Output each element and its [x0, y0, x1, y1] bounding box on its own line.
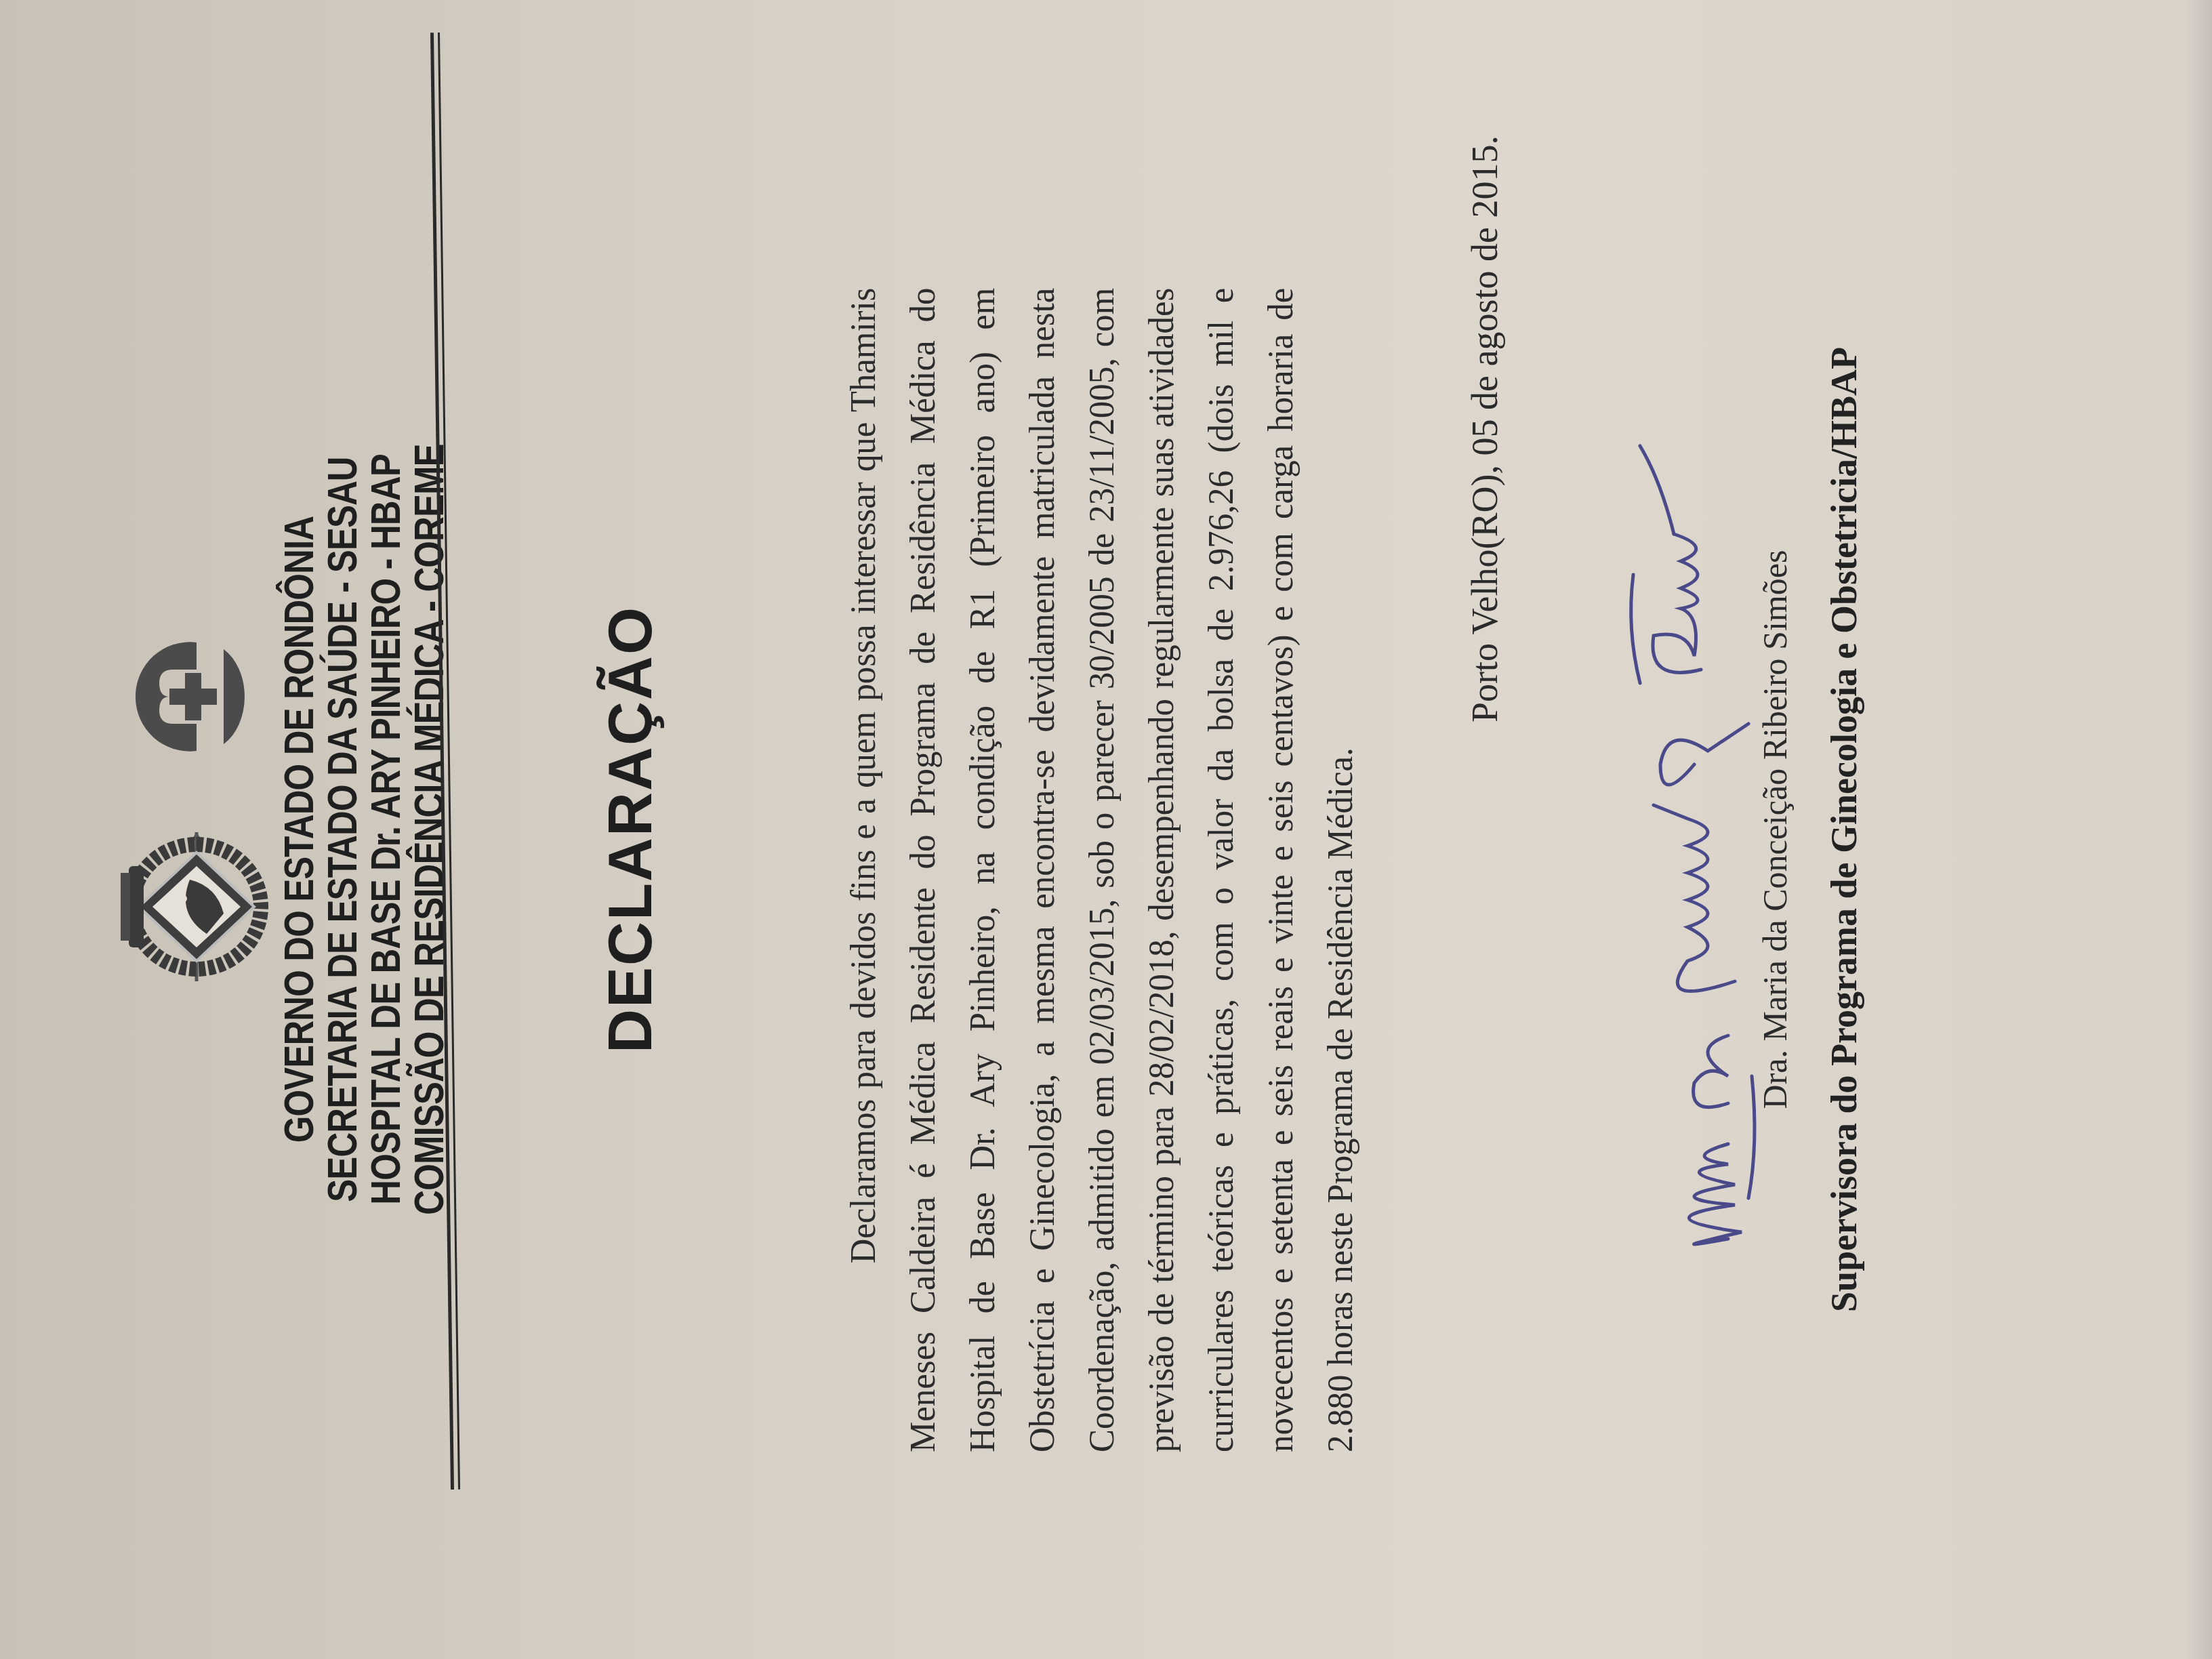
letterhead-logos	[115, 0, 285, 1659]
hospital-cross-logo-icon	[122, 629, 258, 764]
signer-name: Dra. Maria da Conceição Ribeiro Simões	[1755, 0, 1795, 1659]
photo-background: GOVERNO DO ESTADO DE RONDÔNIA SECRETARIA…	[0, 0, 2212, 1659]
institution-name-block: GOVERNO DO ESTADO DE RONDÔNIA SECRETARIA…	[278, 149, 451, 1509]
institution-line-hospital: HOSPITAL DE BASE Dr. ARY PINHEIRO - HBAP	[365, 149, 408, 1509]
letterhead: GOVERNO DO ESTADO DE RONDÔNIA SECRETARIA…	[0, 0, 515, 1659]
institution-line-government: GOVERNO DO ESTADO DE RONDÔNIA	[278, 149, 321, 1509]
declaration-body: Declaramos para devidos fins e a quem po…	[834, 288, 1370, 1452]
institution-line-secretariat: SECRETARIA DE ESTADO DA SAÚDE - SESAU	[321, 149, 365, 1509]
document-page: GOVERNO DO ESTADO DE RONDÔNIA SECRETARIA…	[0, 0, 2212, 1659]
document-title: DECLARAÇÃO	[596, 0, 666, 1659]
signer-role: Supervisora do Programa de Ginecologia e…	[1823, 0, 1865, 1659]
place-and-date: Porto Velho(RO), 05 de agosto de 2015.	[1464, 136, 1506, 722]
state-coat-of-arms-icon	[115, 825, 271, 988]
